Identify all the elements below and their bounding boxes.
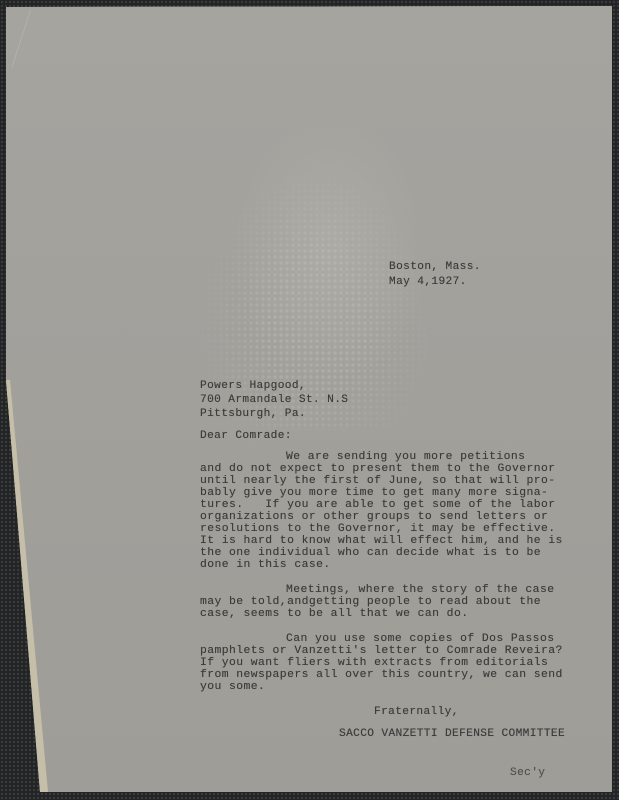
salutation: Dear Comrade: (200, 431, 292, 442)
paragraph-2-line: Meetings, where the story of the case (286, 585, 554, 596)
signer-title: Sec'y (510, 768, 545, 779)
paragraph-3-line: you some. (200, 682, 265, 693)
paragraph-1-line: the one individual who can decide what i… (200, 548, 541, 559)
paragraph-1-line: It is hard to know what will effect him,… (200, 536, 563, 547)
paragraph-1-line: bably give you more time to get many mor… (200, 488, 548, 499)
closing: Fraternally, (374, 707, 459, 718)
paragraph-1-line: organizations or other groups to send le… (200, 512, 548, 523)
paragraph-3-line: Can you use some copies of Dos Passos (286, 634, 554, 645)
paragraph-1-line: We are sending you more petitions (286, 452, 525, 463)
paragraph-2-line: case, seems to be all that we can do. (200, 609, 468, 620)
letter-date: May 4,1927. (389, 277, 467, 288)
paragraph-1-line: done in this case. (200, 560, 331, 571)
paragraph-3-line: pamphlets or Vanzetti's letter to Comrad… (200, 646, 563, 657)
recipient-name: Powers Hapgood, (200, 381, 306, 392)
paragraph-1-line: resolutions to the Governor, it may be e… (200, 524, 556, 535)
paragraph-2-line: may be told,andgetting people to read ab… (200, 597, 541, 608)
recipient-street: 700 Armandale St. N.S (200, 395, 348, 406)
paragraph-1-line: and do not expect to present them to the… (200, 464, 556, 475)
paragraph-1-line: until nearly the first of June, so that … (200, 476, 556, 487)
signature: SACCO VANZETTI DEFENSE COMMITTEE (339, 729, 565, 740)
paragraph-3-line: If you want fliers with extracts from ed… (200, 658, 548, 669)
paragraph-1-line: tures. If you are able to get some of th… (200, 500, 556, 511)
recipient-city: Pittsburgh, Pa. (200, 409, 306, 420)
paragraph-3-line: from newspapers all over this country, w… (200, 670, 563, 681)
letter-place: Boston, Mass. (389, 262, 481, 273)
